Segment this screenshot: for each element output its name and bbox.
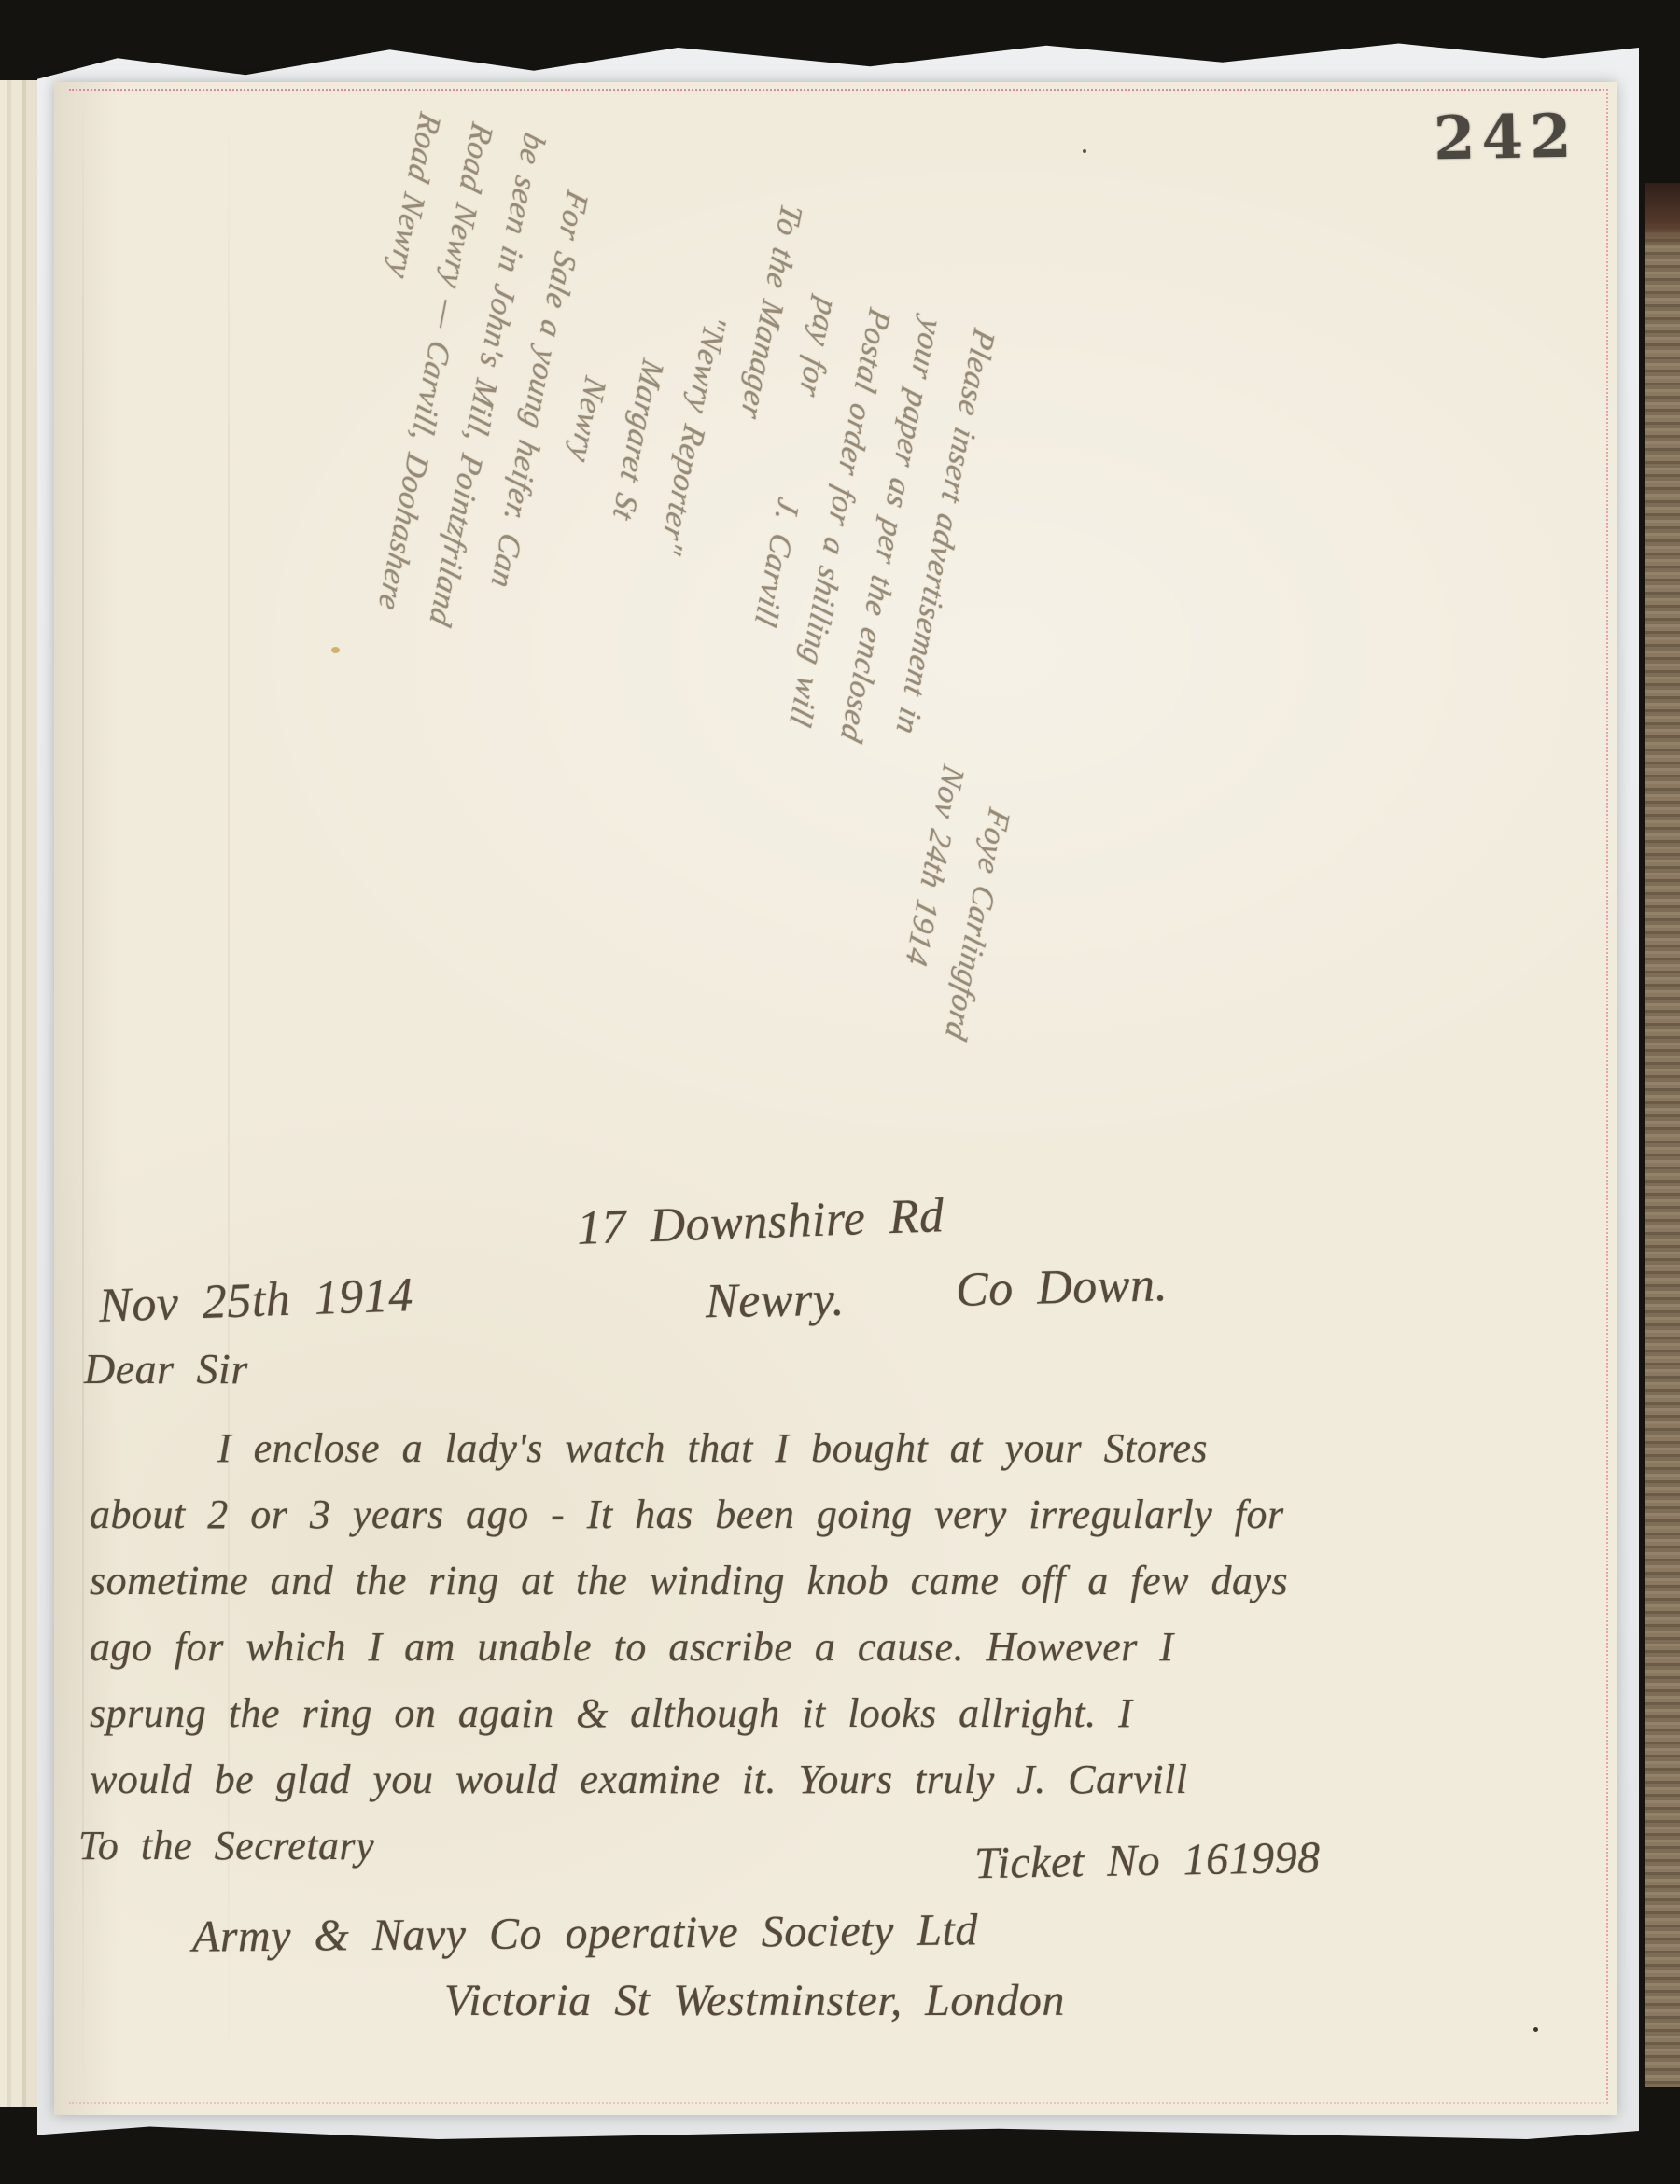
book-fore-edge: [1645, 183, 1680, 2087]
paper-speck: [1083, 149, 1086, 153]
facing-page-edge: [0, 80, 37, 2107]
paper-speck: [1533, 2027, 1538, 2032]
sender-address-line: Newry.: [705, 1272, 845, 1330]
sender-address-line: Co Down.: [955, 1257, 1168, 1318]
letter-body-line: I enclose a lady's watch that I bought a…: [217, 1424, 1208, 1472]
scanned-letter-book-photo: { "page": { "number": "242" }, "copy_let…: [0, 0, 1680, 2184]
ticket-number: Ticket No 161998: [974, 1832, 1322, 1889]
letter-body-line: about 2 or 3 years ago - It has been goi…: [90, 1491, 1284, 1538]
letter-salutation: Dear Sir: [84, 1344, 248, 1393]
page-number-stamp: 242: [1433, 102, 1578, 175]
letter-body-line: would be glad you would examine it. Your…: [90, 1756, 1187, 1803]
letter-date: Nov 25th 1914: [98, 1267, 414, 1334]
letter-addressee: To the Secretary: [78, 1822, 374, 1869]
letter-body-line: ago for which I am unable to ascribe a c…: [90, 1623, 1174, 1671]
letter-body-line: sometime and the ring at the winding kno…: [90, 1557, 1288, 1604]
letter-book-page: 242 Foye Carlingford Nov 24th 1914 Pleas…: [54, 82, 1617, 2115]
letter-body-line: sprung the ring on again & although it l…: [90, 1689, 1132, 1737]
recipient-org-line: Victoria St Westminster, London: [444, 1975, 1065, 2026]
recipient-org-line: Army & Navy Co operative Society Ltd: [192, 1904, 978, 1962]
paper-crease: [82, 82, 84, 2115]
paper-crease: [228, 82, 230, 2115]
